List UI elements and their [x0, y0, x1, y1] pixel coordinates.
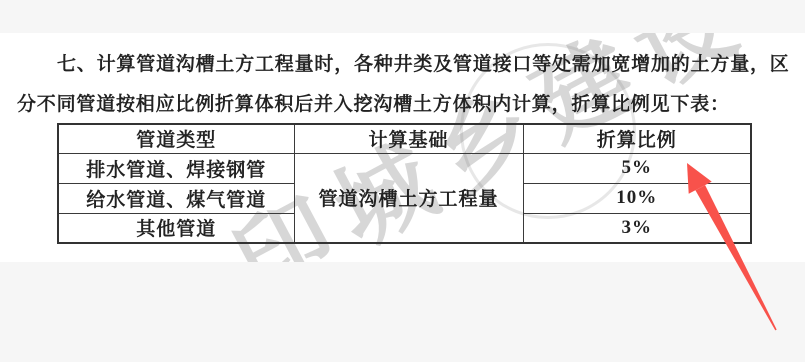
- cell-ratio-2: 10%: [523, 183, 751, 213]
- bottom-gray-strip: [0, 262, 805, 362]
- paragraph: 七、计算管道沟槽土方工程量时，各种井类及管道接口等处需加宽增加的土方量，区 分不…: [17, 45, 795, 125]
- cell-ratio-3: 3%: [523, 213, 751, 243]
- paragraph-line-2: 分不同管道按相应比例折算体积后并入挖沟槽土方体积内计算，折算比例见下表：: [17, 85, 795, 125]
- table-header-row: 管道类型 计算基础 折算比例: [58, 124, 751, 153]
- table-row: 排水管道、焊接钢管 管道沟槽土方工程量 5%: [58, 153, 751, 183]
- header-pipe-type: 管道类型: [58, 124, 294, 153]
- cell-pipe-type-1: 排水管道、焊接钢管: [58, 153, 294, 183]
- header-ratio: 折算比例: [523, 124, 751, 153]
- document-viewport: 印城乡建设 七、计算管道沟槽土方工程量时，各种井类及管道接口等处需加宽增加的土方…: [0, 0, 805, 362]
- cell-ratio-1: 5%: [523, 153, 751, 183]
- paragraph-line-1: 七、计算管道沟槽土方工程量时，各种井类及管道接口等处需加宽增加的土方量，区: [17, 45, 795, 85]
- cell-calc-basis-merged: 管道沟槽土方工程量: [294, 153, 523, 243]
- top-gray-strip: [0, 0, 805, 33]
- cell-pipe-type-3: 其他管道: [58, 213, 294, 243]
- conversion-ratio-table: 管道类型 计算基础 折算比例 排水管道、焊接钢管 管道沟槽土方工程量 5% 给水…: [57, 123, 752, 244]
- document-page: 印城乡建设 七、计算管道沟槽土方工程量时，各种井类及管道接口等处需加宽增加的土方…: [0, 33, 805, 262]
- cell-pipe-type-2: 给水管道、煤气管道: [58, 183, 294, 213]
- header-calc-basis: 计算基础: [294, 124, 523, 153]
